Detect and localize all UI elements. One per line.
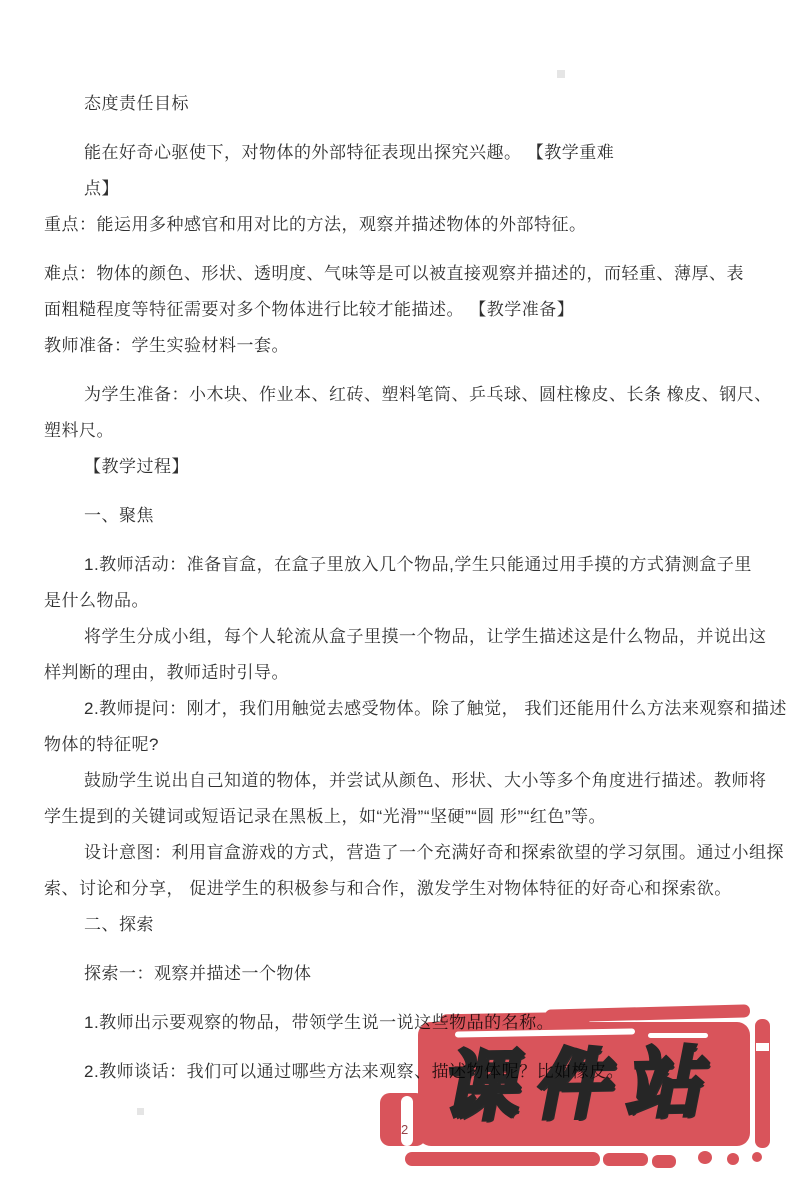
stamp-distress-gap [401,1096,413,1146]
text-line: 物体的特征呢? [44,736,766,754]
text-line: 2.教师提问：刚才，我们用触觉去感受物体。除了触觉， 我们还能用什么方法来观察和… [44,700,766,718]
stamp-ink-dot [752,1152,762,1162]
text-line: 1.教师出示要观察的物品，带领学生说一说这些物品的名称。 [44,1014,766,1032]
page-number: 2 [401,1122,408,1137]
text-line: 能在好奇心驱使下，对物体的外部特征表现出探究兴趣。 【教学重难 [44,144,766,162]
text-line: 将学生分成小组，每个人轮流从盒子里摸一个物品，让学生描述这是什么物品，并说出这 [44,628,766,646]
text-line: 鼓励学生说出自己知道的物体，并尝试从颜色、形状、大小等多个角度进行描述。教师将 [44,772,766,790]
text-line: 索、讨论和分享， 促进学生的积极参与和合作，激发学生对物体特征的好奇心和探索欲。 [44,880,766,898]
faint-artifact-top [557,70,565,78]
stamp-ink-dot [698,1151,712,1164]
text-line: 难点：物体的颜色、形状、透明度、气味等是可以被直接观察并描述的，而轻重、薄厚、表 [44,265,766,283]
text-line: 点】 [44,180,766,198]
text-line: 学生提到的关键词或短语记录在黑板上，如“光滑”“坚硬”“圆 形”“红色”等。 [44,808,766,826]
text-line: 态度责任目标 [44,95,766,113]
stamp-edge-left [380,1093,426,1146]
text-line: 二、探索 [44,916,766,934]
text-line: 探索一：观察并描述一个物体 [44,965,766,983]
text-line: 重点：能运用多种感官和用对比的方法，观察并描述物体的外部特征。 [44,216,766,234]
text-line: 是什么物品。 [44,592,766,610]
text-line: 1.教师活动：准备盲盒，在盒子里放入几个物品,学生只能通过用手摸的方式猜测盒子里 [44,556,766,574]
text-line: 2.教师谈话：我们可以通过哪些方法来观察、描述物体呢？比如橡皮。 [44,1063,766,1081]
text-line: 面粗糙程度等特征需要对多个物体进行比较才能描述。 【教学准备】 [44,301,766,319]
stamp-ink-dot [727,1153,739,1165]
stamp-brush-stroke [405,1152,600,1166]
stamp-brush-stroke [603,1153,648,1166]
stamp-brush-stroke [652,1155,676,1168]
document-page: 态度责任目标能在好奇心驱使下，对物体的外部特征表现出探究兴趣。 【教学重难点】重… [0,0,800,1200]
text-line: 为学生准备：小木块、作业本、红砖、塑料笔筒、乒乓球、圆柱橡皮、长条 橡皮、钢尺、 [44,386,766,404]
text-line: 【教学过程】 [44,458,766,476]
text-line: 教师准备：学生实验材料一套。 [44,337,766,355]
text-line: 一、聚焦 [44,507,766,525]
faint-artifact-bottom [137,1108,144,1115]
text-line: 塑料尺。 [44,422,766,440]
document-lines: 态度责任目标能在好奇心驱使下，对物体的外部特征表现出探究兴趣。 【教学重难点】重… [44,0,766,1081]
text-line: 设计意图：利用盲盒游戏的方式，营造了一个充满好奇和探索欲望的学习氛围。通过小组探 [44,844,766,862]
text-line: 样判断的理由，教师适时引导。 [44,664,766,682]
